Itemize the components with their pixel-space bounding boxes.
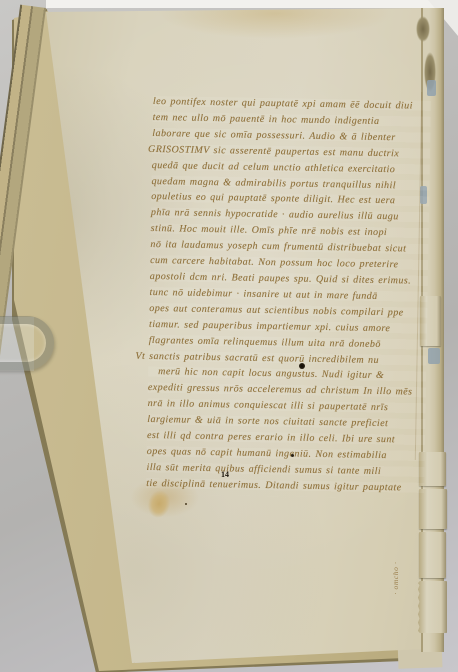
manuscript-page-photo: leo pontifex noster qui pauptatē xpi ama… [0,0,458,672]
fore-edge-blue-patch [427,80,436,96]
ink-speck [185,503,187,505]
page-holder-clip [0,316,54,370]
vertical-margin-note: · omcho · [391,549,403,607]
page-holder-clip-band [0,316,54,370]
background-white-sheet [46,0,458,8]
fore-edge-blue-patch [428,348,440,364]
fore-edge-dark-blotch [416,16,430,42]
parchment-hole [299,363,305,369]
ink-speck [291,454,294,457]
manuscript-text-block: leo pontifex noster qui pauptatē xpi ama… [146,96,431,498]
fore-edge-tab-serrated [418,581,447,633]
quire-mark: 14 [221,470,229,479]
fore-edge-tab [419,532,446,578]
